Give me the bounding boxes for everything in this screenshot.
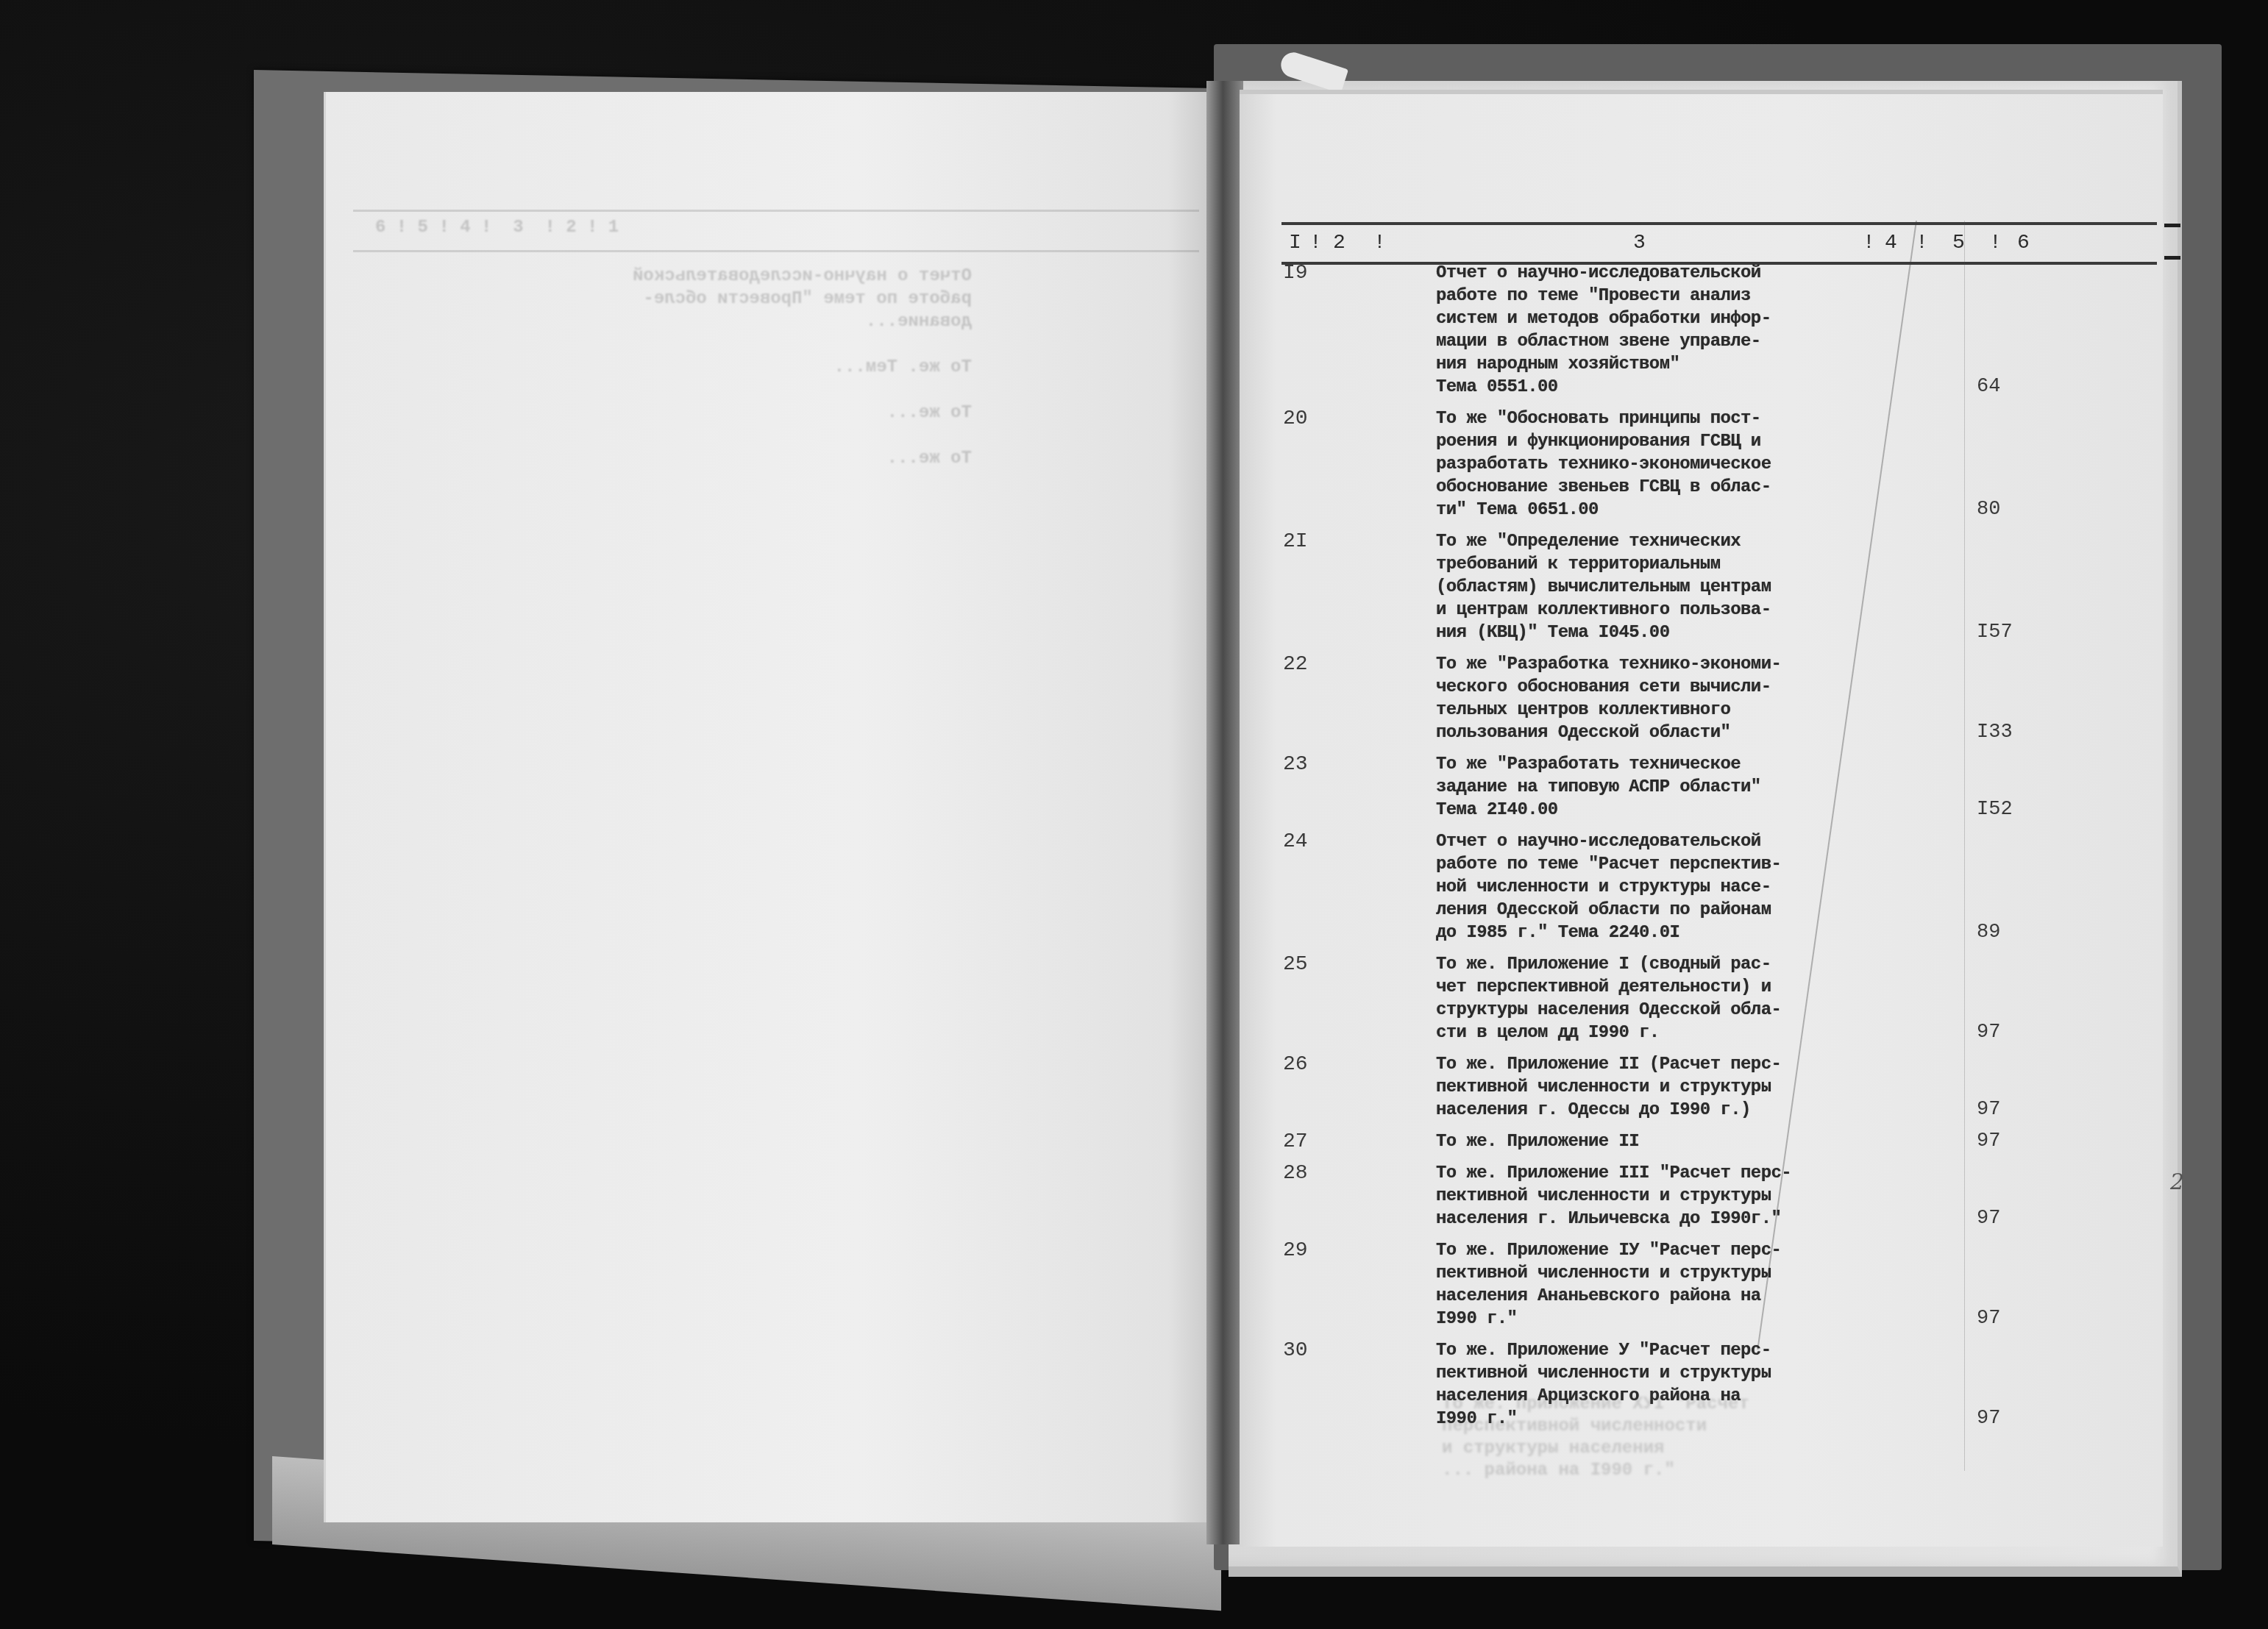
row-number: 24 [1281,830,1436,944]
row-number: 23 [1281,753,1436,821]
table-row: 28То же. Приложение III "Расчет перс- пе… [1281,1162,2157,1230]
left-page-bleed-text: Отчет о научно-исследовательской работе … [633,265,972,470]
row-page-count: 97 [1863,1130,2157,1153]
row-title: То же. Приложение II (Расчет перс- пекти… [1436,1053,1863,1122]
table-row: 27То же. Приложение II97 [1281,1130,2157,1153]
col-separator: ! [1989,232,2002,254]
table-row: 2IТо же "Определение технических требова… [1281,530,2157,644]
row-page-count: 97 [1863,1308,2157,1330]
row-title: Отчет о научно-исследовательской работе … [1436,830,1863,944]
table-header-row: I ! 2 ! 3 ! 4 ! 5 ! 6 [1281,222,2157,265]
row-page-count: 97 [1863,1099,2157,1122]
row-number: 22 [1281,653,1436,744]
row-title: То же. Приложение IУ "Расчет перс- пекти… [1436,1239,1863,1330]
row-title: То же "Разработка технико-экономи- ческо… [1436,653,1863,744]
table-row: 29То же. Приложение IУ "Расчет перс- пек… [1281,1239,2157,1330]
row-page-count: 80 [1863,499,2157,521]
row-number: 28 [1281,1162,1436,1230]
row-page-count: 97 [1863,1022,2157,1044]
row-number: 30 [1281,1339,1436,1430]
row-title: То же. Приложение II [1436,1130,1863,1153]
col-header-3: 3 [1633,232,1646,254]
row-number: 27 [1281,1130,1436,1153]
row-page-count: 64 [1863,376,2157,399]
row-number: 26 [1281,1053,1436,1122]
row-number: 29 [1281,1239,1436,1330]
left-page-bleed-header: 6 ! 5 ! 4 ! 3 ! 2 ! 1 [353,210,1199,252]
row-title: Отчет о научно-исследовательской работе … [1436,262,1863,399]
row-number: I9 [1281,262,1436,399]
table-row: 26То же. Приложение II (Расчет перс- пек… [1281,1053,2157,1122]
book-gutter [1206,81,1243,1544]
col-separator: ! [1863,232,1875,254]
table-row: 25То же. Приложение I (сводный рас- чет … [1281,953,2157,1044]
row-title: То же. Приложение III "Расчет перс- пект… [1436,1162,1863,1230]
ruled-line-tick [2164,224,2180,227]
row-title: То же. Приложение I (сводный рас- чет пе… [1436,953,1863,1044]
table-row: 20То же "Обосновать принципы пост- роени… [1281,407,2157,521]
row-page-count: I52 [1863,799,2157,821]
row-title: То же "Определение технических требовани… [1436,530,1863,644]
col-separator: ! [1373,232,1386,254]
col-separator: ! [1309,232,1322,254]
register-table: I9Отчет о научно-исследовательской работ… [1281,262,2157,1439]
col-header-5: 5 [1952,232,1965,254]
ruled-line-tick [2164,256,2180,260]
col-header-6: 6 [2017,232,2030,254]
table-row: 23То же "Разработать техническое задание… [1281,753,2157,821]
row-number: 25 [1281,953,1436,1044]
row-page-count: 97 [1863,1408,2157,1430]
row-title: То же "Разработать техническое задание н… [1436,753,1863,821]
col-header-1: I [1289,232,1301,254]
row-number: 20 [1281,407,1436,521]
col-separator: ! [1916,232,1928,254]
row-page-count: 97 [1863,1208,2157,1230]
row-page-count: I57 [1863,621,2157,644]
row-number: 2I [1281,530,1436,644]
bleed-header-text: 6 ! 5 ! 4 ! 3 ! 2 ! 1 [375,216,619,239]
next-page-bleed-text: То же. Приложение ХУI "Расчет перспектив… [1442,1394,1749,1482]
table-row: 22То же "Разработка технико-экономи- чес… [1281,653,2157,744]
row-page-count: I33 [1863,721,2157,744]
table-row: I9Отчет о научно-исследовательской работ… [1281,262,2157,399]
row-page-count: 89 [1863,922,2157,944]
margin-pencil-mark: 2 [2170,1169,2184,1195]
col-header-2: 2 [1333,232,1345,254]
col-header-4: 4 [1885,232,1897,254]
row-title: То же "Обосновать принципы пост- роения … [1436,407,1863,521]
table-row: 24Отчет о научно-исследовательской работ… [1281,830,2157,944]
